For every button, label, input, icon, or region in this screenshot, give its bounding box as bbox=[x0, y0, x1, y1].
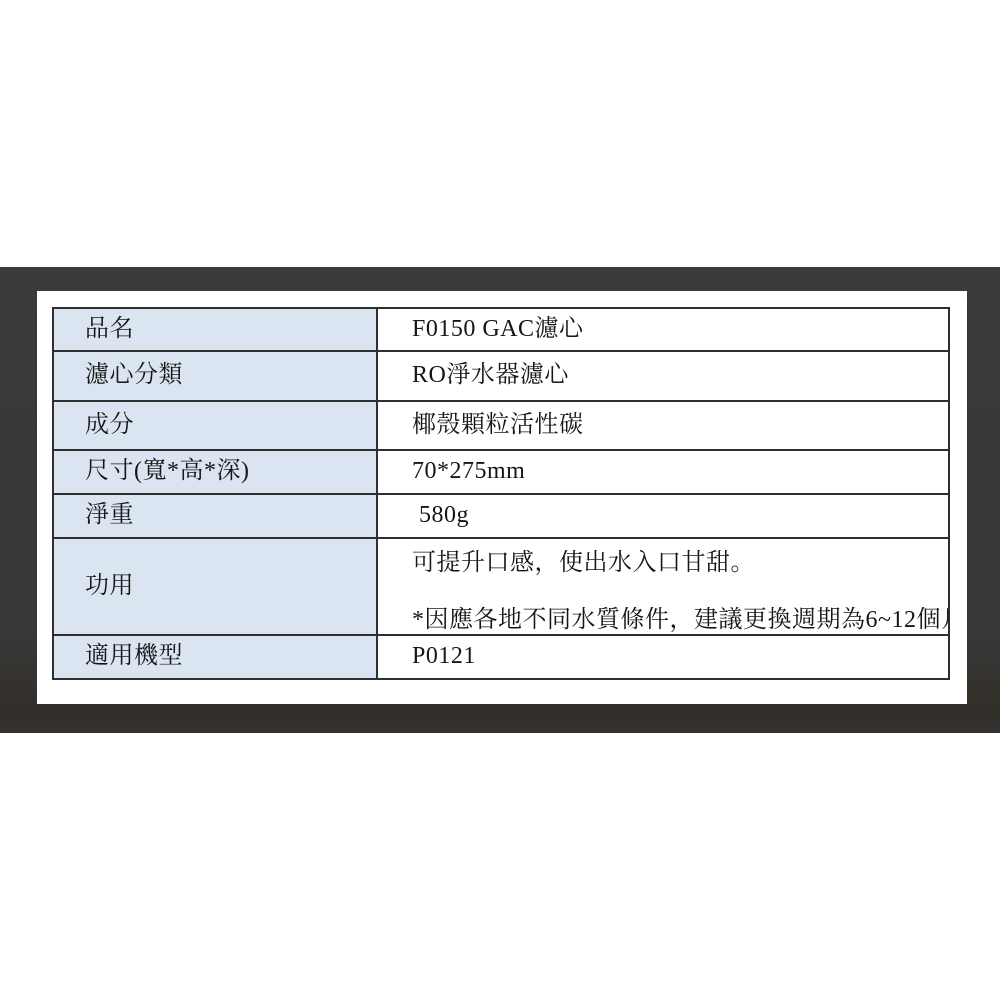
spec-row-compatible-model: 適用機型 P0121 bbox=[53, 635, 949, 679]
spec-row-filter-category: 濾心分類 RO淨水器濾心 bbox=[53, 351, 949, 401]
spec-row-ingredient: 成分 椰殼顆粒活性碳 bbox=[53, 401, 949, 450]
spec-value-dimensions: 70*275mm bbox=[377, 450, 949, 494]
spec-value-compatible-model: P0121 bbox=[377, 635, 949, 679]
spec-label-filter-category: 濾心分類 bbox=[53, 351, 377, 401]
spec-label-product-name: 品名 bbox=[53, 308, 377, 351]
spec-label-compatible-model: 適用機型 bbox=[53, 635, 377, 679]
function-replacement-note: *因應各地不同水質條件，建議更換週期為6~12個月。 bbox=[412, 578, 942, 635]
spec-value-product-name: F0150 GAC濾心 bbox=[377, 308, 949, 351]
spec-row-net-weight: 淨重 580g bbox=[53, 494, 949, 538]
spec-value-filter-category: RO淨水器濾心 bbox=[377, 351, 949, 401]
spec-row-function: 功用 可提升口感，使出水入口甘甜。 *因應各地不同水質條件，建議更換週期為6~1… bbox=[53, 538, 949, 635]
spec-card: 品名 F0150 GAC濾心 濾心分類 RO淨水器濾心 成分 椰殼顆粒活性碳 尺… bbox=[37, 291, 967, 704]
function-benefit-text: 可提升口感，使出水入口甘甜。 bbox=[412, 539, 942, 578]
spec-row-dimensions: 尺寸(寬*高*深) 70*275mm bbox=[53, 450, 949, 494]
spec-label-function: 功用 bbox=[53, 538, 377, 635]
product-spec-table: 品名 F0150 GAC濾心 濾心分類 RO淨水器濾心 成分 椰殼顆粒活性碳 尺… bbox=[52, 307, 950, 680]
spec-label-ingredient: 成分 bbox=[53, 401, 377, 450]
spec-row-product-name: 品名 F0150 GAC濾心 bbox=[53, 308, 949, 351]
spec-value-net-weight: 580g bbox=[377, 494, 949, 538]
spec-label-net-weight: 淨重 bbox=[53, 494, 377, 538]
spec-label-dimensions: 尺寸(寬*高*深) bbox=[53, 450, 377, 494]
spec-value-function: 可提升口感，使出水入口甘甜。 *因應各地不同水質條件，建議更換週期為6~12個月… bbox=[377, 538, 949, 635]
page: 品名 F0150 GAC濾心 濾心分類 RO淨水器濾心 成分 椰殼顆粒活性碳 尺… bbox=[0, 0, 1000, 1000]
spec-value-ingredient: 椰殼顆粒活性碳 bbox=[377, 401, 949, 450]
